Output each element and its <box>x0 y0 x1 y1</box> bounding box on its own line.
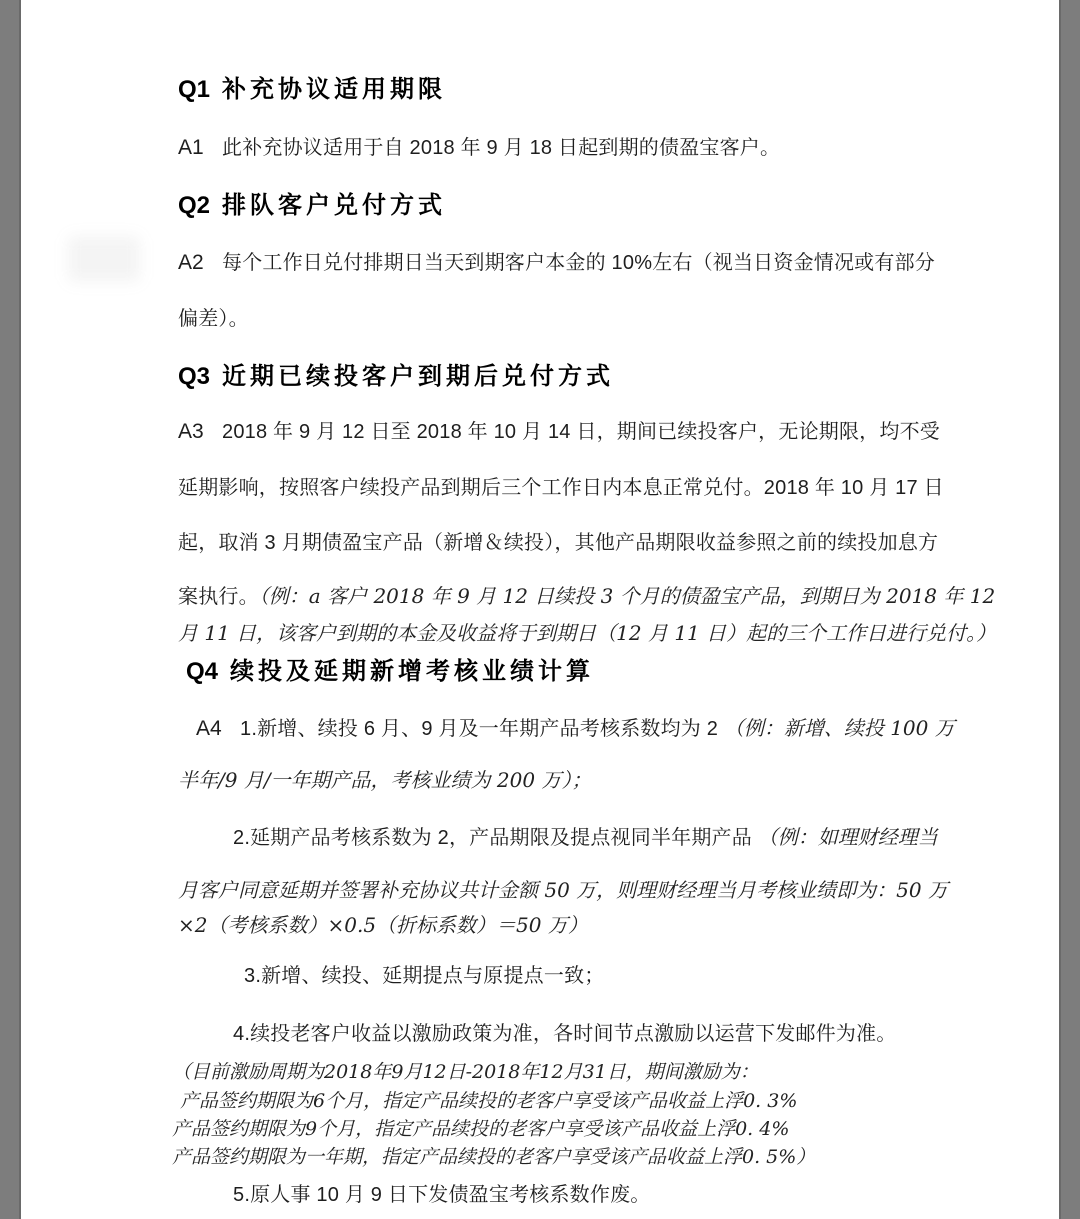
a2-label: A2 <box>178 249 222 276</box>
q1-title: 补充协议适用期限 <box>222 76 446 103</box>
a4-item1-example: （例：新增、续投 100 万 <box>724 716 955 740</box>
q3-title: 近期已续投客户到期后兑付方式 <box>222 363 614 390</box>
q1-heading: Q1补充协议适用期限 <box>178 74 446 105</box>
a4-item5-text: 5.原人事 10 月 9 日下发债盈宝考核系数作废。 <box>233 1184 650 1206</box>
incentive-text2: 产品签约期限为6个月，指定产品续投的老客户享受该产品收益上浮0. 3% <box>180 1090 797 1112</box>
a4-item3-text: 3.新增、续投、延期提点与原提点一致； <box>244 965 604 987</box>
a4-item2-line3: ×2（考核系数）×0.5（折标系数）＝50 万） <box>178 912 588 939</box>
a2-text1: 每个工作日兑付排期日当天到期客户本金的 10%左右（视当日资金情况或有部分 <box>222 252 935 274</box>
incentive-line1: （目前激励周期为2018年9月12日-2018年12月31日，期间激励为： <box>172 1059 759 1085</box>
q4-heading: Q4续投及延期新增考核业绩计算 <box>186 656 594 687</box>
a2-line2: 偏差）。 <box>178 306 249 332</box>
a3-label: A3 <box>178 418 222 445</box>
a3-text2: 延期影响，按照客户续投产品到期后三个工作日内本息正常兑付。2018 年 10 月… <box>178 477 944 499</box>
a3-text4-normal: 案执行。 <box>178 586 259 608</box>
a1-label: A1 <box>178 134 222 161</box>
a4-item4-line: 4.续投老客户收益以激励政策为准，各时间节点激励以运营下发邮件为准。 <box>233 1021 896 1047</box>
q3-heading: Q3近期已续投客户到期后兑付方式 <box>178 361 614 392</box>
a4-item1-example2: 半年/9 月/一年期产品，考核业绩为 200 万）； <box>178 768 591 792</box>
a4-label: A4 <box>196 715 240 742</box>
a3-line3: 起，取消 3 月期债盈宝产品（新增＆续投），其他产品期限收益参照之前的续投加息方 <box>178 530 938 556</box>
a4-item2-normal: 2.延期产品考核系数为 2，产品期限及提点视同半年期产品 <box>233 827 758 849</box>
a4-item1-line2: 半年/9 月/一年期产品，考核业绩为 200 万）； <box>178 767 591 794</box>
q2-label: Q2 <box>178 190 222 221</box>
faint-watermark <box>68 236 140 282</box>
a3-text3: 起，取消 3 月期债盈宝产品（新增＆续投），其他产品期限收益参照之前的续投加息方 <box>178 532 938 554</box>
a3-line1: A32018 年 9 月 12 日至 2018 年 10 月 14 日，期间已续… <box>178 418 940 445</box>
a3-text1: 2018 年 9 月 12 日至 2018 年 10 月 14 日，期间已续投客… <box>222 421 940 443</box>
document-page: Q1补充协议适用期限 A1此补充协议适用于自 2018 年 9 月 18 日起到… <box>0 0 1080 1219</box>
q2-title: 排队客户兑付方式 <box>222 192 446 219</box>
a1-line: A1此补充协议适用于自 2018 年 9 月 18 日起到期的债盈宝客户。 <box>178 134 780 161</box>
q4-title: 续投及延期新增考核业绩计算 <box>230 658 594 685</box>
a3-line4: 案执行。（例：a 客户 2018 年 9 月 12 日续投 3 个月的债盈宝产品… <box>178 583 995 610</box>
incentive-line2: 产品签约期限为6个月，指定产品续投的老客户享受该产品收益上浮0. 3% <box>180 1088 797 1114</box>
left-gray-border <box>0 0 21 1219</box>
a4-item2-example3: ×2（考核系数）×0.5（折标系数）＝50 万） <box>178 913 588 937</box>
q4-label: Q4 <box>186 656 230 687</box>
a3-text4-example: （例：a 客户 2018 年 9 月 12 日续投 3 个月的债盈宝产品，到期日… <box>259 584 995 608</box>
a4-item5-line: 5.原人事 10 月 9 日下发债盈宝考核系数作废。 <box>233 1182 650 1208</box>
incentive-line4: 产品签约期限为一年期，指定产品续投的老客户享受该产品收益上浮0. 5%） <box>172 1144 815 1170</box>
a4-item2-example: （例：如理财经理当 <box>758 825 938 849</box>
a2-text2: 偏差）。 <box>178 308 249 330</box>
incentive-line3: 产品签约期限为9个月，指定产品续投的老客户享受该产品收益上浮0. 4% <box>172 1116 789 1142</box>
a3-line2: 延期影响，按照客户续投产品到期后三个工作日内本息正常兑付。2018 年 10 月… <box>178 475 944 501</box>
a4-item4-text: 4.续投老客户收益以激励政策为准，各时间节点激励以运营下发邮件为准。 <box>233 1023 896 1045</box>
right-gray-border <box>1059 0 1080 1219</box>
a2-line1: A2每个工作日兑付排期日当天到期客户本金的 10%左右（视当日资金情况或有部分 <box>178 249 935 276</box>
incentive-text1: （目前激励周期为2018年9月12日-2018年12月31日，期间激励为： <box>172 1061 759 1083</box>
q1-label: Q1 <box>178 74 222 105</box>
a4-item1-normal: 1.新增、续投 6 月、9 月及一年期产品考核系数均为 2 <box>240 718 724 740</box>
a4-item2-line1: 2.延期产品考核系数为 2，产品期限及提点视同半年期产品 （例：如理财经理当 <box>233 824 938 851</box>
incentive-text3: 产品签约期限为9个月，指定产品续投的老客户享受该产品收益上浮0. 4% <box>172 1118 789 1140</box>
a1-text: 此补充协议适用于自 2018 年 9 月 18 日起到期的债盈宝客户。 <box>222 137 780 159</box>
a3-text5-example: 月 11 日，该客户到期的本金及收益将于到期日（12 月 11 日）起的三个工作… <box>178 621 996 645</box>
a4-item3-line: 3.新增、续投、延期提点与原提点一致； <box>244 963 604 989</box>
q2-heading: Q2排队客户兑付方式 <box>178 190 446 221</box>
a4-item2-example2: 月客户同意延期并签署补充协议共计金额 50 万，则理财经理当月考核业绩即为：50… <box>178 878 948 902</box>
incentive-text4: 产品签约期限为一年期，指定产品续投的老客户享受该产品收益上浮0. 5%） <box>172 1146 815 1168</box>
q3-label: Q3 <box>178 361 222 392</box>
a4-item1-line1: A41.新增、续投 6 月、9 月及一年期产品考核系数均为 2 （例：新增、续投… <box>196 715 955 742</box>
a4-item2-line2: 月客户同意延期并签署补充协议共计金额 50 万，则理财经理当月考核业绩即为：50… <box>178 877 948 904</box>
a3-line5: 月 11 日，该客户到期的本金及收益将于到期日（12 月 11 日）起的三个工作… <box>178 620 996 647</box>
